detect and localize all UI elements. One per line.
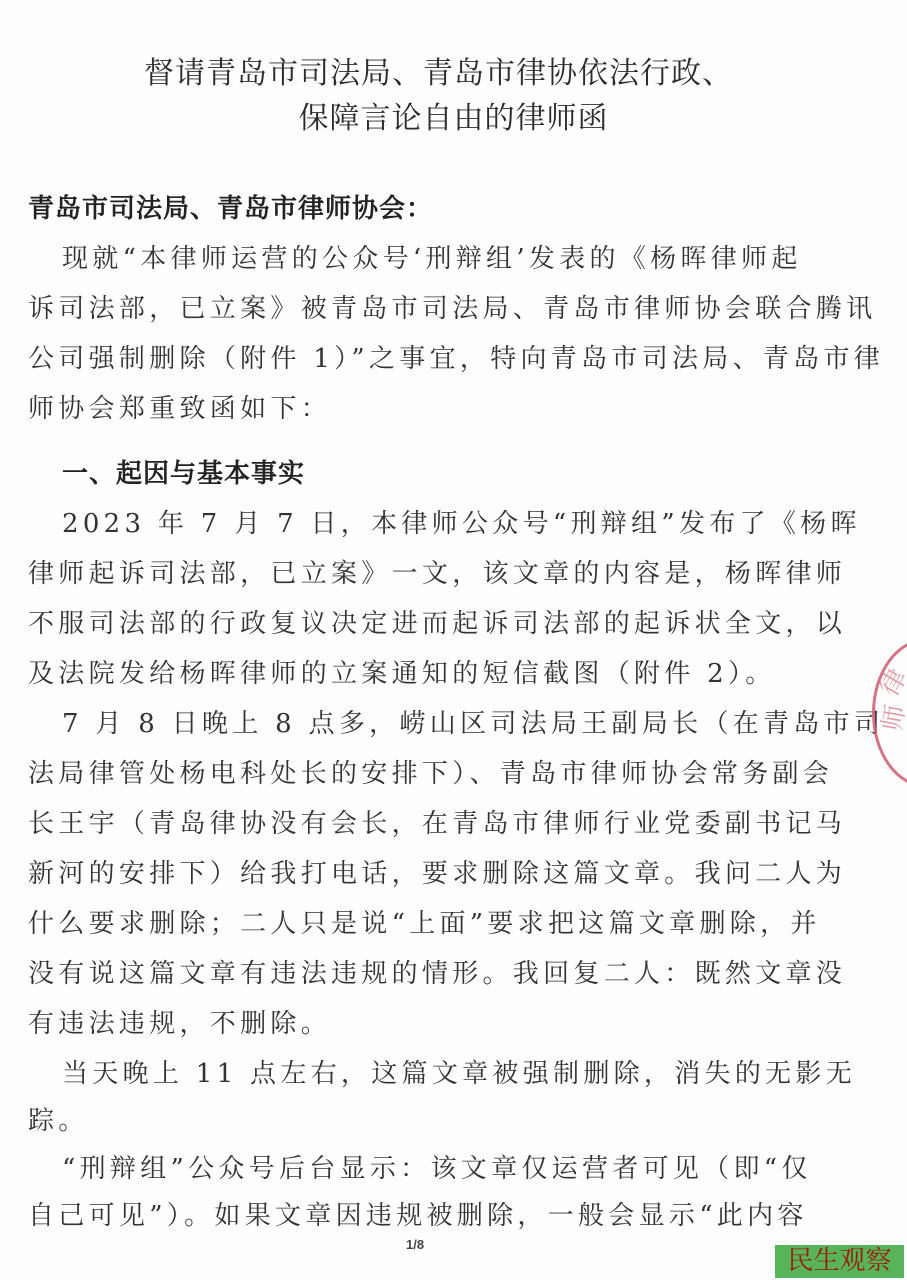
page-number: 1/8	[406, 1237, 424, 1252]
intro-line: 师协会郑重致函如下：	[28, 388, 818, 425]
intro-line: 诉司法部，已立案》被青岛市司法局、青岛市律师协会联合腾讯	[28, 288, 818, 325]
paragraph-line: 法局律管处杨电科处长的安排下）、青岛市律师协会常务副会	[28, 753, 818, 790]
paragraph-line: 7 月 8 日晚上 8 点多，崂山区司法局王副局长（在青岛市司	[62, 703, 852, 740]
paragraph-line: 不服司法部的行政复议决定进而起诉司法部的起诉状全文，以	[28, 603, 818, 640]
paragraph-line: 踪。	[28, 1100, 818, 1137]
paragraph-line: 有违法违规，不删除。	[28, 1003, 818, 1040]
watermark-badge: 民生观察	[775, 1245, 904, 1278]
section-heading: 一、起因与基本事实	[62, 453, 305, 490]
intro-line: 公司强制删除（附件 1）”之事宜，特向青岛市司法局、青岛市律	[28, 338, 818, 375]
paragraph-line: 当天晚上 11 点左右，这篇文章被强制删除，消失的无影无	[62, 1053, 852, 1090]
paragraph-line: 没有说这篇文章有违法违规的情形。我回复二人：既然文章没	[28, 953, 818, 990]
paragraph-line: 律师起诉司法部，已立案》一文，该文章的内容是，杨晖律师	[28, 553, 818, 590]
paragraph-line: 及法院发给杨晖律师的立案通知的短信截图（附件 2）。	[28, 653, 818, 690]
paragraph-line: 长王宇（青岛律协没有会长，在青岛市律师行业党委副书记马	[28, 803, 818, 840]
document-title-line-1: 督请青岛市司法局、青岛市律协依法行政、	[30, 48, 847, 92]
paragraph-line: 什么要求删除；二人只是说“上面”要求把这篇文章删除，并	[28, 903, 818, 940]
paragraph-line: 新河的安排下）给我打电话，要求删除这篇文章。我问二人为	[28, 853, 818, 890]
document-title-line-2: 保障言论自由的律师函	[30, 93, 877, 137]
official-seal-stamp: 律 师	[872, 638, 907, 788]
paragraph-line: 自己可见”）。如果文章因违规被删除，一般会显示“此内容	[28, 1195, 818, 1232]
addressee: 青岛市司法局、青岛市律师协会：	[28, 188, 433, 225]
paragraph-line: 2023 年 7 月 7 日，本律师公众号“刑辩组”发布了《杨晖	[62, 503, 852, 540]
document-page: 督请青岛市司法局、青岛市律协依法行政、 保障言论自由的律师函 青岛市司法局、青岛…	[0, 0, 907, 1280]
paragraph-line: “刑辩组”公众号后台显示：该文章仅运营者可见（即“仅	[62, 1148, 852, 1185]
intro-line: 现就“本律师运营的公众号‘刑辩组’发表的《杨晖律师起	[62, 238, 852, 275]
